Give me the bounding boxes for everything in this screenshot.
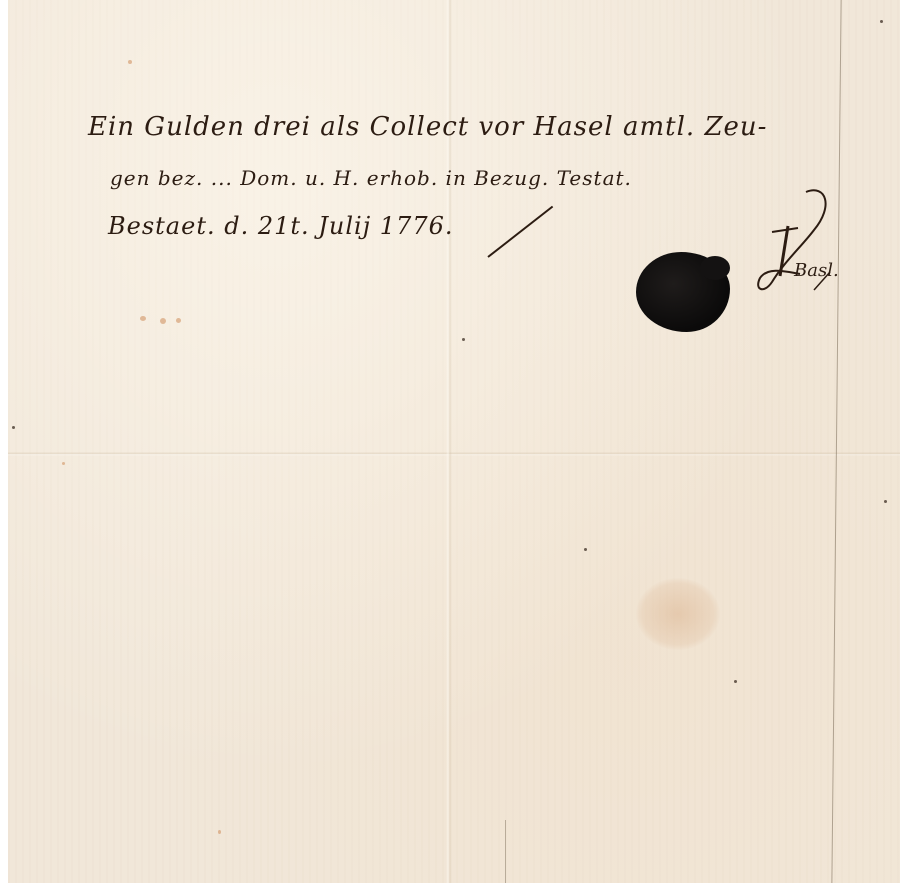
signature-name: Basl. [794, 260, 839, 281]
foxing-spot [176, 318, 181, 323]
ink-speck [734, 680, 737, 683]
foxing-spot [62, 462, 65, 465]
handwritten-line-1: Ein Gulden drei als Collect vor Hasel am… [88, 112, 767, 142]
document-page: Ein Gulden drei als Collect vor Hasel am… [0, 0, 900, 883]
foxing-spot [160, 318, 166, 324]
handwritten-line-2: gen bez. ... Dom. u. H. erhob. in Bezug.… [110, 166, 632, 190]
paper-tear [505, 820, 506, 883]
ink-speck [12, 426, 15, 429]
ink-speck [584, 548, 587, 551]
ink-speck [884, 500, 887, 503]
water-stain [636, 578, 720, 650]
foxing-spot [218, 830, 221, 834]
foxing-spot [128, 60, 132, 64]
ink-speck [880, 20, 883, 23]
foxing-spot [140, 316, 146, 321]
signature: Basl. [754, 186, 874, 296]
wax-seal-edge [700, 256, 730, 280]
horizontal-fold-line [8, 452, 900, 456]
ink-speck [462, 338, 465, 341]
handwritten-line-3: Bestaet. d. 21t. Julij 1776. [108, 212, 453, 240]
